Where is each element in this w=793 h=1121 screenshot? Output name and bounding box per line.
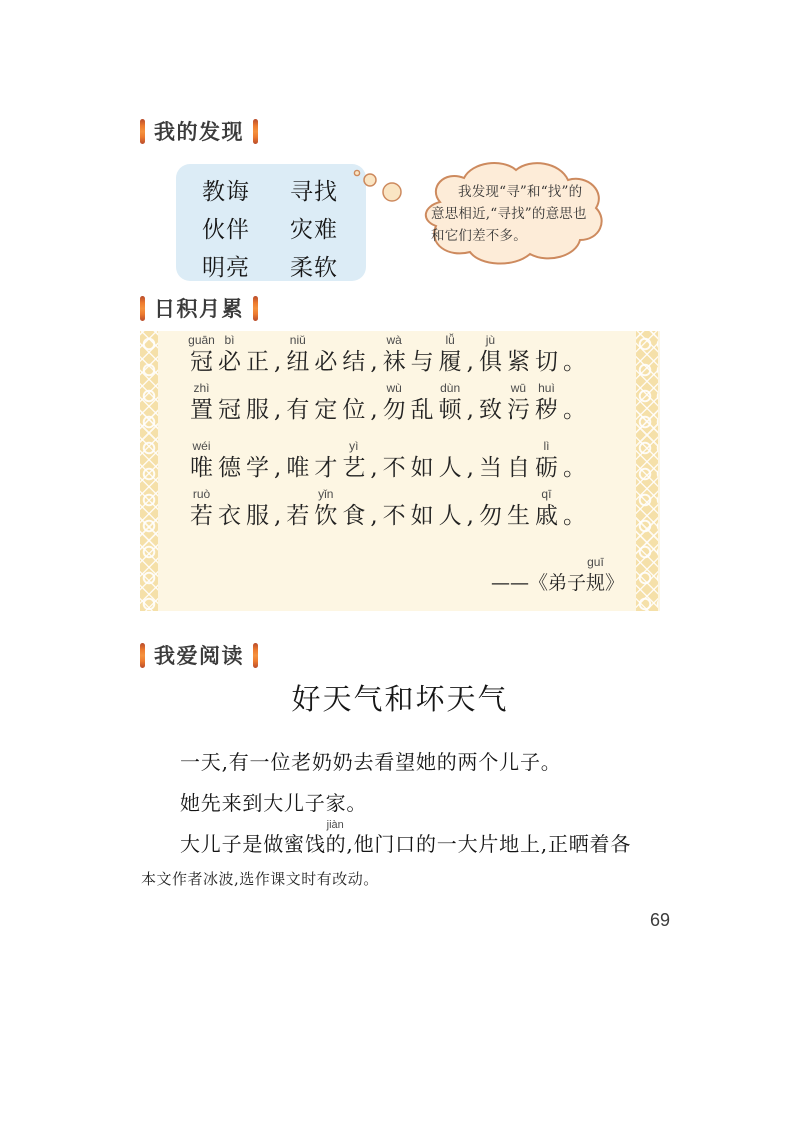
text-segment: ,: [274, 455, 281, 482]
vocab-word: 寻找: [290, 180, 352, 205]
text-segment: 当: [479, 455, 502, 482]
ruby-char: 若ruò: [190, 503, 213, 530]
ruby-char: 顿dùn: [439, 397, 462, 424]
pinyin-annotation: guī: [587, 556, 604, 568]
ruby-char: 戚qī: [535, 503, 558, 530]
text-segment: 如: [411, 455, 434, 482]
text-segment: 唯: [286, 455, 309, 482]
text-segment: ,: [370, 503, 377, 530]
pinyin-annotation: dùn: [440, 382, 460, 394]
text-segment: 她先来到大儿子家。: [180, 791, 367, 815]
text-segment: 大儿子是做蜜: [180, 832, 305, 856]
pinyin-annotation: niǔ: [290, 334, 306, 346]
text-segment: 生: [507, 503, 530, 530]
ruby-char: 勿wù: [383, 397, 406, 424]
pinyin-annotation: wū: [511, 382, 526, 394]
poem-line: 置zhì冠服,有定位,勿wù乱顿dùn,致污wū秽huì。: [190, 381, 591, 424]
poem-attribution: ——《弟子规guī》: [491, 571, 624, 595]
footnote: 本文作者冰波,选作课文时有改动。: [141, 868, 379, 889]
pinyin-annotation: wù: [386, 382, 401, 394]
story-title: 好天气和坏天气: [140, 677, 660, 718]
ruby-char: 污wū: [507, 397, 530, 424]
story-paragraph: 她先来到大儿子家。: [140, 783, 670, 824]
ruby-char: 饮yǐn: [314, 503, 337, 530]
poem-panel: 冠guān必bì正,纽niǔ必结,袜wà与履lǚ,俱jù紧切。 置zhì冠服,有…: [140, 331, 660, 611]
header-reading-label: 我爱阅读: [154, 640, 244, 670]
text-segment: 。: [563, 397, 586, 424]
pinyin-annotation: wéi: [192, 440, 210, 452]
ruby-char: 俱jù: [479, 349, 502, 376]
text-segment: 的,他门口的一大片地上,正晒着各: [326, 832, 632, 856]
poem-line: 若ruò衣服,若饮yǐn食,不如人,勿生戚qī。: [190, 487, 591, 530]
poem-line: 冠guān必bì正,纽niǔ必结,袜wà与履lǚ,俱jù紧切。: [190, 333, 591, 376]
text-segment: ,: [274, 349, 281, 376]
text-segment: 服: [246, 503, 269, 530]
text-segment: ,: [370, 397, 377, 424]
vocab-word: 伙伴: [202, 218, 290, 243]
story-body: 一天,有一位老奶奶去看望她的两个儿子。 她先来到大儿子家。 大儿子是做蜜饯jià…: [140, 742, 670, 865]
header-accent-bar-icon: [140, 119, 145, 144]
thought-dots-icon: [349, 166, 405, 212]
pinyin-annotation: guān: [188, 334, 215, 346]
header-accumulation: 日积月累: [140, 293, 258, 323]
vocab-word: 柔软: [290, 256, 352, 281]
ruby-char: 唯wéi: [190, 455, 213, 482]
pinyin-annotation: wà: [386, 334, 401, 346]
text-segment: 位: [342, 397, 365, 424]
text-segment: ,: [467, 397, 474, 424]
text-segment: 一天,有一位老奶奶去看望她的两个儿子。: [180, 750, 562, 774]
pinyin-annotation: jiàn: [287, 819, 344, 831]
text-segment: ,: [467, 455, 474, 482]
text-segment: 定: [314, 397, 337, 424]
text-segment: 如: [411, 503, 434, 530]
text-segment: 结: [342, 349, 365, 376]
ruby-char: 饯jiàn: [305, 832, 326, 856]
page-number: 69: [640, 910, 680, 931]
vocab-word: 明亮: [202, 256, 290, 281]
text-segment: 与: [411, 349, 434, 376]
text-segment: 勿: [479, 503, 502, 530]
text-segment: 衣: [218, 503, 241, 530]
ruby-char: 纽niǔ: [286, 349, 309, 376]
ruby-char: 置zhì: [190, 397, 213, 424]
text-segment: 有: [286, 397, 309, 424]
text-segment: 学: [246, 455, 269, 482]
text-segment: 切: [535, 349, 558, 376]
text-segment: 必: [314, 349, 337, 376]
text-segment: 紧: [507, 349, 530, 376]
header-accent-bar-icon: [140, 296, 145, 321]
header-accent-bar-icon: [253, 119, 258, 144]
ruby-char: 袜wà: [383, 349, 406, 376]
textbook-page: 我的发现 教诲 寻找 伙伴 灾难 明亮 柔软 我发现“寻”和“找”的意思相近,“…: [0, 0, 793, 1121]
pinyin-annotation: qī: [541, 488, 551, 500]
text-segment: 才: [314, 455, 337, 482]
text-segment: 冠: [218, 397, 241, 424]
text-segment: 》: [605, 571, 624, 595]
text-segment: ,: [370, 349, 377, 376]
vocab-word: 教诲: [202, 180, 290, 205]
pinyin-annotation: jù: [486, 334, 495, 346]
story-paragraph: 大儿子是做蜜饯jiàn的,他门口的一大片地上,正晒着各: [140, 824, 670, 865]
text-segment: 。: [563, 455, 586, 482]
header-accent-bar-icon: [140, 643, 145, 668]
text-segment: 致: [479, 397, 502, 424]
pinyin-annotation: huì: [538, 382, 555, 394]
pinyin-annotation: ruò: [193, 488, 210, 500]
ornament-band-right: [636, 331, 658, 611]
header-discovery: 我的发现: [140, 116, 258, 146]
text-segment: 自: [507, 455, 530, 482]
text-segment: ,: [467, 503, 474, 530]
story-paragraph: 一天,有一位老奶奶去看望她的两个儿子。: [140, 742, 670, 783]
poem: 冠guān必bì正,纽niǔ必结,袜wà与履lǚ,俱jù紧切。 置zhì冠服,有…: [190, 333, 591, 535]
text-segment: 乱: [411, 397, 434, 424]
ruby-char: 规guī: [586, 571, 605, 595]
text-segment: 正: [246, 349, 269, 376]
poem-line: 唯wéi德学,唯才艺yì,不如人,当自砺lì。: [190, 439, 591, 482]
pinyin-annotation: lǚ: [445, 334, 454, 346]
text-segment: ,: [370, 455, 377, 482]
pinyin-annotation: zhì: [193, 382, 209, 394]
text-segment: 若: [286, 503, 309, 530]
ornament-band-left: [140, 331, 158, 611]
bubble-text: 我发现“寻”和“找”的意思相近,“寻找”的意思也和它们差不多。: [431, 181, 587, 247]
header-accumulation-label: 日积月累: [154, 293, 244, 323]
pinyin-annotation: yǐn: [318, 488, 333, 500]
vocab-word: 灾难: [290, 218, 352, 243]
text-segment: 人: [439, 455, 462, 482]
ruby-char: 砺lì: [535, 455, 558, 482]
ruby-char: 履lǚ: [439, 349, 462, 376]
text-segment: 人: [439, 503, 462, 530]
ruby-char: 必bì: [218, 349, 241, 376]
header-reading: 我爱阅读: [140, 640, 258, 670]
ruby-char: 冠guān: [190, 349, 213, 376]
text-segment: ——《弟子: [491, 571, 586, 595]
text-segment: 德: [218, 455, 241, 482]
text-segment: 。: [563, 503, 586, 530]
header-discovery-label: 我的发现: [154, 116, 244, 146]
pinyin-annotation: lì: [543, 440, 549, 452]
header-accent-bar-icon: [253, 296, 258, 321]
text-segment: 不: [383, 455, 406, 482]
text-segment: 服: [246, 397, 269, 424]
thought-bubble: 我发现“寻”和“找”的意思相近,“寻找”的意思也和它们差不多。: [404, 156, 608, 270]
text-segment: ,: [274, 397, 281, 424]
header-accent-bar-icon: [253, 643, 258, 668]
text-segment: 食: [342, 503, 365, 530]
text-segment: 不: [383, 503, 406, 530]
vocab-box: 教诲 寻找 伙伴 灾难 明亮 柔软: [176, 164, 366, 281]
pinyin-annotation: yì: [349, 440, 358, 452]
ruby-char: 艺yì: [342, 455, 365, 482]
text-segment: 。: [563, 349, 586, 376]
ruby-char: 秽huì: [535, 397, 558, 424]
text-segment: ,: [467, 349, 474, 376]
pinyin-annotation: bì: [224, 334, 234, 346]
text-segment: ,: [274, 503, 281, 530]
